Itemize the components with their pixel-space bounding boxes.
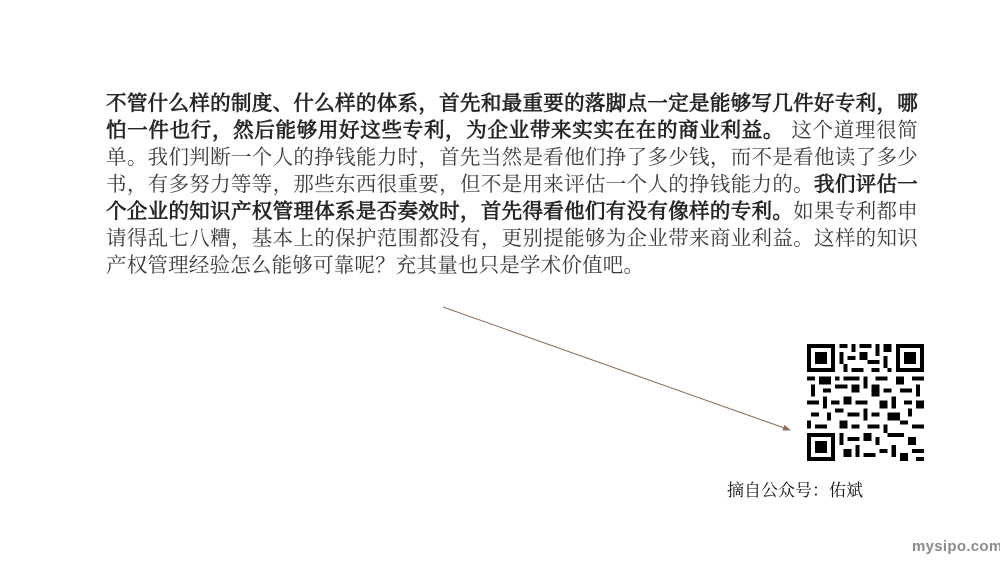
qr-caption: 摘自公众号：佑斌	[727, 476, 863, 501]
qr-code-image	[807, 344, 924, 461]
watermark: mysipo.com	[912, 538, 1000, 555]
